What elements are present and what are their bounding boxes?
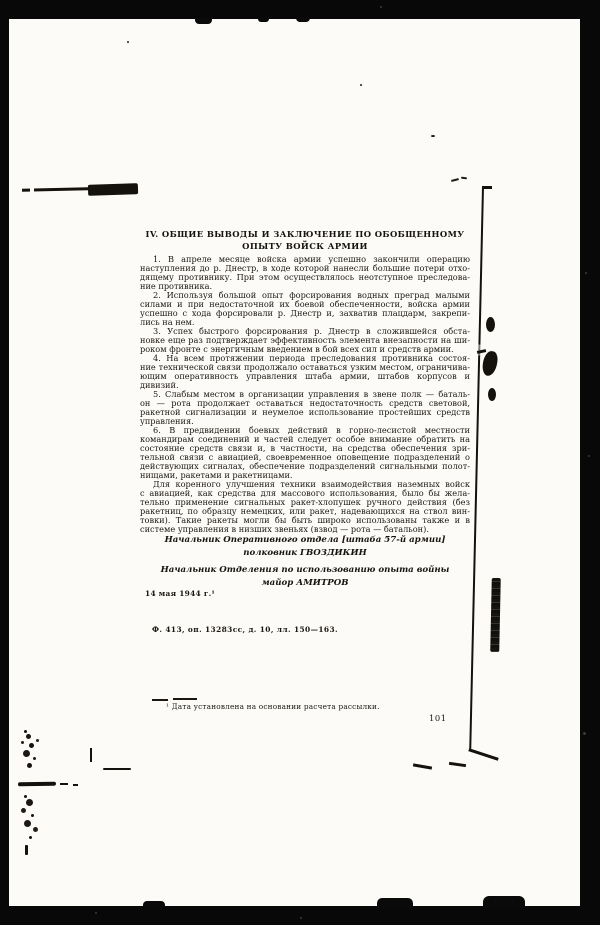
ink-speck	[431, 135, 435, 137]
body-text-line: с авиацией, как средства для массового и…	[140, 489, 470, 498]
body-text-line: ние противника.	[140, 282, 470, 291]
ink-smudge	[90, 748, 92, 762]
scan-border-left	[0, 0, 9, 925]
ink-blob	[486, 317, 495, 332]
body-text-line: 4. На всем протяжении периода преследова…	[140, 354, 470, 363]
ink-smudge	[73, 784, 78, 786]
signature-title: Начальник Оперативного отдела [штаба 57-…	[140, 534, 470, 547]
body-text-line: ющим оперативность управления штаба арми…	[140, 372, 470, 381]
scan-noise-dot	[300, 917, 302, 919]
ink-speckle-cluster	[24, 795, 27, 798]
body-text-line: 3. Успех быстрого форсирования р. Днестр…	[140, 327, 470, 336]
body-text-line: наступления до р. Днестр, в ходе которой…	[140, 264, 470, 273]
ink-smudge	[25, 845, 28, 855]
body-text-line: товки). Такие ракеты могли бы быть широк…	[140, 516, 470, 525]
signature-block-operations-chief: Начальник Оперативного отдела [штаба 57-…	[140, 534, 470, 559]
scan-border-blot	[483, 896, 525, 908]
body-text-line: дивизий.	[140, 381, 470, 390]
body-text-line: 5. Слабым местом в организации управлени…	[140, 390, 470, 399]
signature-name: полковник ГВОЗДИКИН	[140, 547, 470, 560]
ink-smudge	[103, 768, 131, 770]
scan-border-blot	[258, 17, 269, 22]
body-text-line: 6. В предвидении боевых действий в горно…	[140, 426, 470, 435]
scan-noise-dot	[583, 732, 586, 735]
body-text-line: командирам соединений и частей следует о…	[140, 435, 470, 444]
signature-block-experience-chief: Начальник Отделения по использованию опы…	[140, 564, 470, 589]
scan-border-blot	[143, 901, 165, 908]
page-fold-line	[482, 186, 492, 189]
scan-noise-dot	[380, 6, 382, 8]
scan-border-bottom	[0, 906, 600, 925]
body-text-line: 1. В апреле месяце войска армии успешно …	[140, 255, 470, 264]
body-text-line: силами и при недостаточной их боевой обе…	[140, 300, 470, 309]
body-text-line: лись на нем.	[140, 318, 470, 327]
body-text-line: успешно с хода форсировали р. Днестр и, …	[140, 309, 470, 318]
ink-speck	[360, 84, 362, 86]
scan-noise-dot	[588, 455, 590, 457]
scan-border-right	[580, 0, 600, 925]
body-text-line: действующих сигналах, обеспечение подраз…	[140, 462, 470, 471]
scan-border-blot	[296, 17, 310, 22]
body-text-line: нищами, ракетами и ракетницами.	[140, 471, 470, 480]
signature-name: майор АМИТРОВ	[140, 577, 470, 590]
page-number: 101	[429, 713, 447, 723]
body-text-line: 2. Используя большой опыт форсирования в…	[140, 291, 470, 300]
body-text-line: новке еще раз подтверждает эффективность…	[140, 336, 470, 345]
document-title-line: IV. ОБЩИЕ ВЫВОДЫ И ЗАКЛЮЧЕНИЕ ПО ОБОБЩЕН…	[140, 229, 470, 241]
scan-noise-dot	[585, 272, 587, 274]
footnote-separator	[173, 698, 197, 700]
ink-blob	[488, 388, 496, 401]
body-text-line: ние технической связи продолжало остават…	[140, 363, 470, 372]
body-text-line: состояние средств связи и, в частности, …	[140, 444, 470, 453]
ink-speckle-cluster	[24, 730, 27, 733]
body-text-line: управления.	[140, 417, 470, 426]
footnote-separator	[152, 699, 168, 701]
ink-smudge	[88, 183, 138, 196]
document-title-line: ОПЫТУ ВОЙСК АРМИИ	[140, 241, 470, 253]
body-text-line: роком фронте с энергичным введением в бо…	[140, 345, 470, 354]
scan-border-blot	[377, 898, 413, 908]
body-text-line: системе управления в низших звеньях (взв…	[140, 525, 470, 534]
body-text-line: ракетной сигнализации и неумелое использ…	[140, 408, 470, 417]
body-text-line: дящему противнику. При этом осуществляло…	[140, 273, 470, 282]
body-text-line: ракетниц, по образцу немецких, или ракет…	[140, 507, 470, 516]
ink-smudge	[18, 782, 56, 787]
body-text-line: тельной связи с авиацией, своевременное …	[140, 453, 470, 462]
archive-reference: Ф. 413, оп. 13283сс, д. 10, лл. 150—163.	[152, 625, 338, 634]
body-text-line: тельно применение сигнальных ракет-хлопу…	[140, 498, 470, 507]
document-body: 1. В апреле месяце войска армии успешно …	[140, 255, 470, 534]
signature-title: Начальник Отделения по использованию опы…	[140, 564, 470, 577]
ink-speck	[127, 41, 129, 43]
ink-smudge	[60, 783, 68, 785]
page-fold-shadow	[490, 578, 501, 652]
scan-noise-dot	[95, 912, 97, 914]
body-text-line: Для коренного улучшения техники взаимоде…	[140, 480, 470, 489]
document-date: 14 мая 1944 г.¹	[145, 589, 215, 598]
footnote-text: ¹ Дата установлена на основании расчета …	[166, 702, 380, 711]
body-text-line: он — рота продолжает оставаться недостат…	[140, 399, 470, 408]
scanned-document-page: IV. ОБЩИЕ ВЫВОДЫ И ЗАКЛЮЧЕНИЕ ПО ОБОБЩЕН…	[0, 0, 600, 925]
scan-border-blot	[195, 18, 212, 24]
document-title: IV. ОБЩИЕ ВЫВОДЫ И ЗАКЛЮЧЕНИЕ ПО ОБОБЩЕН…	[140, 229, 470, 252]
